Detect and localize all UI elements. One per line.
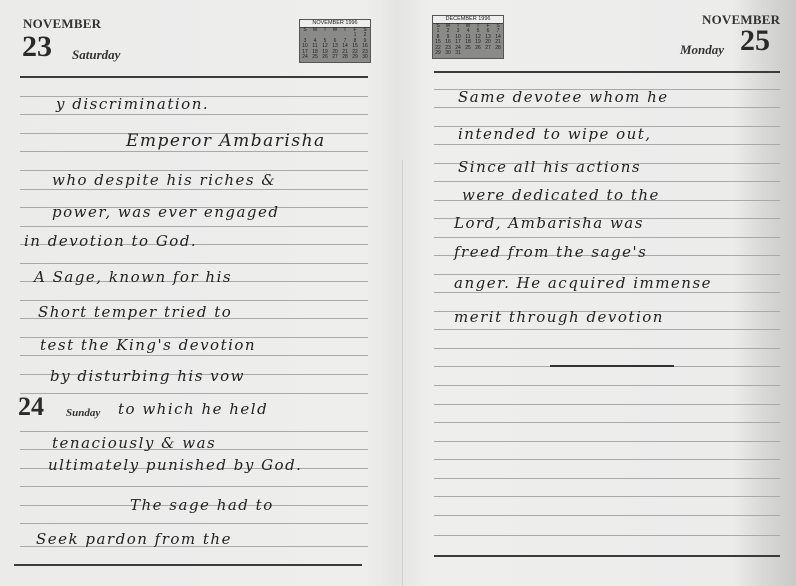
diary-spread: NOVEMBER 23 Saturday NOVEMBER 1996 S M T… xyxy=(0,0,796,586)
date-cell xyxy=(493,51,503,57)
ruled-line xyxy=(20,393,368,394)
ruled-line xyxy=(434,422,780,423)
handwritten-line: merit through devotion xyxy=(454,308,664,326)
right-page: DECEMBER 1996 S M T W T F S 1 2 3 4 5 xyxy=(410,0,796,586)
ruled-line xyxy=(434,107,780,108)
handwritten-line: ultimately punished by God. xyxy=(48,456,302,474)
ruled-line xyxy=(20,355,368,356)
handwritten-line: Lord, Ambarisha was xyxy=(454,214,644,232)
day-name: Monday xyxy=(680,42,724,58)
mini-calendar-december: DECEMBER 1996 S M T W T F S 1 2 3 4 5 xyxy=(432,15,504,59)
ruled-line xyxy=(434,385,780,386)
header-rule xyxy=(434,71,780,73)
mini-calendar-grid: S M T W T F S 1 2 3 4 5 6 7 xyxy=(433,24,503,58)
ruled-line xyxy=(434,348,780,349)
ruled-line xyxy=(20,486,368,487)
mini-calendar-grid: S M T W T F S 1 2 3 xyxy=(300,28,370,62)
date-cell: 31 xyxy=(453,51,463,57)
handwritten-line: who despite his riches & xyxy=(52,171,276,189)
ruled-line xyxy=(20,189,368,190)
date-cell: 25 xyxy=(310,55,320,61)
handwritten-line: power, was ever engaged xyxy=(52,203,280,221)
date-cell: 26 xyxy=(320,55,330,61)
date-cell: 30 xyxy=(443,51,453,57)
ruled-line xyxy=(434,535,780,536)
header-rule xyxy=(20,76,368,78)
second-day-name: Sunday xyxy=(66,407,100,419)
footer-rule xyxy=(434,555,780,557)
mini-calendar-november: NOVEMBER 1996 S M T W T F S 1 xyxy=(299,19,371,63)
ruled-line xyxy=(434,478,780,479)
binding-gutter xyxy=(402,160,403,586)
date-cell xyxy=(473,51,483,57)
ruled-line xyxy=(434,144,780,145)
ruled-line xyxy=(434,515,780,516)
date-cell xyxy=(483,51,493,57)
handwritten-line: test the King's devotion xyxy=(40,336,256,354)
handwritten-line: tenaciously & was xyxy=(52,434,216,452)
ruled-line xyxy=(20,226,368,227)
handwritten-line: Short temper tried to xyxy=(38,303,232,321)
date-cell: 29 xyxy=(433,51,443,57)
ruled-line xyxy=(434,329,780,330)
ruled-line xyxy=(20,151,368,152)
handwritten-line: Same devotee whom he xyxy=(458,88,669,106)
ruled-line xyxy=(434,404,780,405)
handwritten-line: Emperor Ambarisha xyxy=(126,131,326,151)
handwritten-line: anger. He acquired immense xyxy=(454,274,712,292)
ruled-line xyxy=(434,292,780,293)
ruled-line xyxy=(20,114,368,115)
ruled-line xyxy=(20,263,368,264)
ruled-line xyxy=(434,181,780,182)
handwritten-line: freed from the sage's xyxy=(454,243,647,261)
closing-underline xyxy=(550,365,674,367)
ruled-line xyxy=(20,523,368,524)
left-page: NOVEMBER 23 Saturday NOVEMBER 1996 S M T… xyxy=(0,0,400,586)
date-cell: 28 xyxy=(340,55,350,61)
date-cell: 30 xyxy=(360,55,370,61)
ruled-line xyxy=(434,441,780,442)
handwritten-line: in devotion to God. xyxy=(24,232,197,250)
handwritten-line: Since all his actions xyxy=(458,158,641,176)
handwritten-line: Seek pardon from the xyxy=(36,530,232,548)
ruled-line xyxy=(434,459,780,460)
second-day-number: 24 xyxy=(18,394,44,420)
date-cell: 27 xyxy=(330,55,340,61)
date-cell: 29 xyxy=(350,55,360,61)
ruled-line xyxy=(434,237,780,238)
handwritten-line: were dedicated to the xyxy=(462,186,660,204)
handwritten-line: A Sage, known for his xyxy=(34,268,232,286)
handwritten-line: The sage had to xyxy=(130,496,274,514)
date-cell: 24 xyxy=(300,55,310,61)
ruled-line xyxy=(434,496,780,497)
handwritten-line: to which he held xyxy=(118,400,268,418)
ruled-line xyxy=(20,431,368,432)
handwritten-line: y discrimination. xyxy=(56,95,209,113)
date-cell xyxy=(463,51,473,57)
day-name: Saturday xyxy=(72,47,120,63)
ruled-line xyxy=(20,300,368,301)
day-number: 23 xyxy=(22,32,52,62)
handwritten-line: intended to wipe out, xyxy=(458,125,652,143)
footer-rule xyxy=(14,564,362,566)
day-number: 25 xyxy=(740,26,770,56)
handwritten-line: by disturbing his vow xyxy=(50,367,245,385)
